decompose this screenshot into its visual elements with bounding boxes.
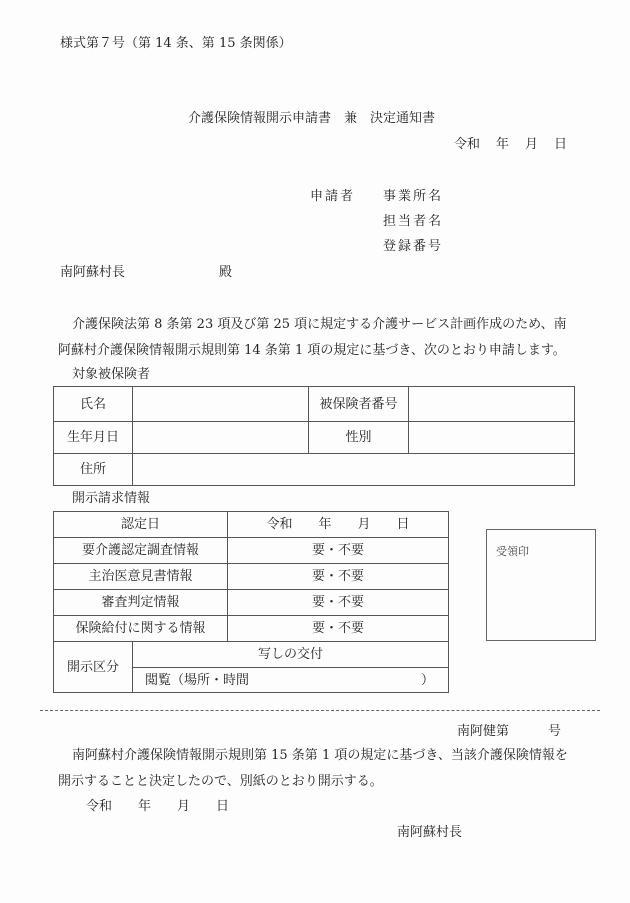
cut-line-divider xyxy=(40,710,600,711)
insured-name-label: 氏名 xyxy=(54,387,133,422)
receipt-stamp-label: 受領印 xyxy=(496,543,529,559)
disclosure-table: 認定日 令和 年 月 日 要介護認定調査情報 要・不要 主治医意見書情報 要・不… xyxy=(53,511,449,693)
insured-address-label: 住所 xyxy=(54,454,133,486)
viewing-close-paren: ） xyxy=(421,674,434,687)
decision-doc-number: 南阿健第 号 xyxy=(457,725,561,738)
date-month: 月 xyxy=(525,137,538,152)
date-era: 令和 xyxy=(454,137,480,152)
addressee-name: 南阿蘇村長 xyxy=(60,266,125,279)
insured-birth-label: 生年月日 xyxy=(54,422,133,454)
document-title: 介護保険情報開示申請書 兼 決定通知書 xyxy=(188,112,435,125)
cert-date-field[interactable]: 令和 年 月 日 xyxy=(228,512,449,538)
category-label: 開示区分 xyxy=(54,642,133,693)
receipt-stamp-box: 受領印 xyxy=(486,529,596,641)
row-label-doctor-opinion: 主治医意見書情報 xyxy=(54,564,228,590)
row-option-benefits[interactable]: 要・不要 xyxy=(228,616,449,642)
row-option-doctor-opinion[interactable]: 要・不要 xyxy=(228,564,449,590)
insured-sex-field[interactable] xyxy=(409,422,575,454)
insured-sex-label: 性別 xyxy=(309,422,409,454)
category-option-viewing[interactable]: 閲覧（場所・時間 ） xyxy=(133,668,449,693)
insured-name-field[interactable] xyxy=(133,387,309,422)
date-day: 日 xyxy=(554,137,567,152)
insured-birth-field[interactable] xyxy=(133,422,309,454)
addressee-honorific: 殿 xyxy=(219,266,232,279)
decision-issuer: 南阿蘇村長 xyxy=(397,826,462,839)
row-option-survey[interactable]: 要・不要 xyxy=(228,538,449,564)
row-label-benefits: 保険給付に関する情報 xyxy=(54,616,228,642)
insured-number-label: 被保険者番号 xyxy=(309,387,409,422)
applicant-office-name-label: 事業所名 xyxy=(383,190,443,203)
request-text-line1: 介護保険法第 8 条第 23 項及び第 25 項に規定する介護サービス計画作成の… xyxy=(72,318,567,331)
insured-section-label: 対象被保険者 xyxy=(72,368,150,381)
disclosure-section-label: 開示請求情報 xyxy=(72,492,150,505)
form-number: 様式第７号（第 14 条、第 15 条関係） xyxy=(60,37,292,50)
insured-table: 氏名 被保険者番号 生年月日 性別 住所 xyxy=(53,386,575,486)
row-label-review: 審査判定情報 xyxy=(54,590,228,616)
header-date: 令和年月日 xyxy=(454,138,567,151)
category-option-copy[interactable]: 写しの交付 xyxy=(133,642,449,668)
applicant-person-label: 担当者名 xyxy=(383,215,443,228)
insured-number-field[interactable] xyxy=(409,387,575,422)
applicant-label: 申請者 xyxy=(310,190,355,203)
decision-date: 令和 年 月 日 xyxy=(86,800,229,813)
cert-date-label: 認定日 xyxy=(54,512,228,538)
request-text-line2: 阿蘇村介護保険情報開示規則第 14 条第 1 項の規定に基づき、次のとおり申請し… xyxy=(58,344,566,357)
row-label-survey: 要介護認定調査情報 xyxy=(54,538,228,564)
applicant-registration-label: 登録番号 xyxy=(383,240,443,253)
insured-address-field[interactable] xyxy=(133,454,575,486)
decision-text-line2: 開示することと決定したので、別紙のとおり開示する。 xyxy=(58,775,383,788)
decision-text-line1: 南阿蘇村介護保険情報開示規則第 15 条第 1 項の規定に基づき、当該介護保険情… xyxy=(72,749,568,762)
viewing-label: 閲覧（場所・時間 xyxy=(145,673,249,688)
row-option-review[interactable]: 要・不要 xyxy=(228,590,449,616)
date-year: 年 xyxy=(496,137,509,152)
